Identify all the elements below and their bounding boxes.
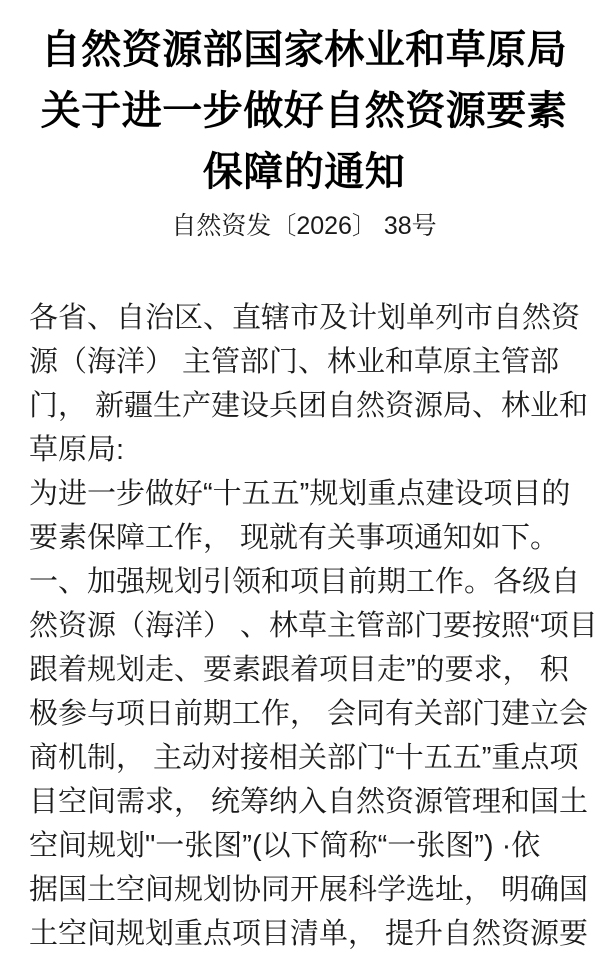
body-text-line: 各省、自治区、直辖市及计划单列市自然资 bbox=[29, 296, 588, 340]
body-text-line: 商机制， 主动对接相关部门“十五五”重点项 bbox=[29, 736, 588, 780]
document-title-line: 自然资源部国家林业和草原局 bbox=[0, 20, 608, 81]
body-text-line: 土空间规划重点项目清单， 提升自然资源要 bbox=[29, 912, 588, 956]
document-title-line: 保障的通知 bbox=[0, 142, 608, 203]
document-number: 自然资发〔2026〕 38号 bbox=[0, 208, 608, 245]
body-text-line: 要素保障工作， 现就有关事项通知如下。 bbox=[29, 516, 588, 560]
body-text-line: 空间规划"一张图”(以下简称“一张图”) ·依 bbox=[29, 824, 588, 868]
document-title-line: 关于进一步做好自然资源要素 bbox=[0, 81, 608, 142]
body-text-line: 源（海洋） 主管部门、林业和草原主管部 bbox=[29, 340, 588, 384]
document-header: 自然资源部国家林业和草原局关于进一步做好自然资源要素保障的通知 自然资发〔202… bbox=[0, 0, 608, 245]
body-text-line: 极参与项日前期工作， 会同有关部门建立会 bbox=[29, 692, 588, 736]
body-text-line: 据国土空间规划协同开展科学选址， 明确国 bbox=[29, 868, 588, 912]
body-text-line: 草原局: bbox=[29, 428, 588, 472]
body-text-line: 门， 新疆生产建设兵团自然资源局、林业和 bbox=[29, 384, 588, 428]
body-text-line: 一、加强规划引领和项目前期工作。各级自 bbox=[29, 560, 588, 604]
notice-document: 自然资源部国家林业和草原局关于进一步做好自然资源要素保障的通知 自然资发〔202… bbox=[0, 0, 608, 964]
body-text-line: 为进一步做好“十五五”规划重点建设项目的 bbox=[29, 472, 588, 516]
body-text-line: 然资源（海洋） 、林草主管部门要按照“项目 bbox=[29, 604, 588, 648]
body-text-line: 跟着规划走、要素跟着项目走”的要求， 积 bbox=[29, 648, 588, 692]
document-body: 各省、自治区、直辖市及计划单列市自然资源（海洋） 主管部门、林业和草原主管部门，… bbox=[0, 296, 608, 956]
body-text-line: 目空间需求， 统筹纳入自然资源管理和国土 bbox=[29, 780, 588, 824]
document-title: 自然资源部国家林业和草原局关于进一步做好自然资源要素保障的通知 bbox=[0, 0, 608, 203]
